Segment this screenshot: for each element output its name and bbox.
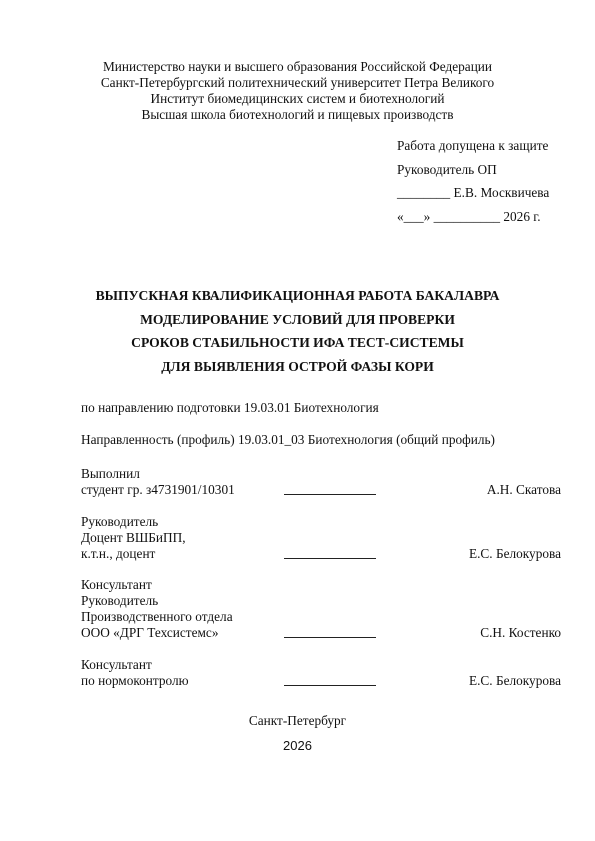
approval-supervisor-signature: ________ Е.В. Москвичева bbox=[397, 181, 549, 205]
approval-block: Работа допущена к защите Руководитель ОП… bbox=[397, 134, 549, 228]
direction-field: по направлению подготовки 19.03.01 Биоте… bbox=[81, 400, 379, 416]
signature-name: С.Н. Костенко bbox=[480, 625, 561, 641]
institute-line: Институт биомедицинских систем и биотехн… bbox=[0, 91, 595, 107]
signature-supervisor: Руководитель Доцент ВШБиПП, к.т.н., доце… bbox=[81, 514, 561, 562]
ministry-line: Министерство науки и высшего образования… bbox=[0, 59, 595, 75]
school-line: Высшая школа биотехнологий и пищевых про… bbox=[0, 107, 595, 123]
approval-admitted: Работа допущена к защите bbox=[397, 134, 549, 158]
signature-student: Выполнил студент гр. з4731901/10301 А.Н.… bbox=[81, 466, 561, 498]
approval-supervisor-title: Руководитель ОП bbox=[397, 158, 549, 182]
thesis-topic-line: МОДЕЛИРОВАНИЕ УСЛОВИЙ ДЛЯ ПРОВЕРКИ bbox=[0, 308, 595, 332]
thesis-title: ВЫПУСКНАЯ КВАЛИФИКАЦИОННАЯ РАБОТА БАКАЛА… bbox=[0, 284, 595, 379]
signature-line bbox=[284, 558, 376, 559]
signature-role: Выполнил студент гр. з4731901/10301 bbox=[81, 466, 235, 498]
approval-date: «___» __________ 2026 г. bbox=[397, 205, 549, 229]
footer-year: 2026 bbox=[0, 738, 595, 753]
signature-role: Руководитель Доцент ВШБиПП, к.т.н., доце… bbox=[81, 514, 186, 562]
thesis-kind: ВЫПУСКНАЯ КВАЛИФИКАЦИОННАЯ РАБОТА БАКАЛА… bbox=[0, 284, 595, 308]
signature-consultant: Консультант Руководитель Производственно… bbox=[81, 577, 561, 641]
signature-name: А.Н. Скатова bbox=[487, 482, 561, 498]
signature-line bbox=[284, 685, 376, 686]
thesis-topic-line: ДЛЯ ВЫЯВЛЕНИЯ ОСТРОЙ ФАЗЫ КОРИ bbox=[0, 355, 595, 379]
signature-role: Консультант Руководитель Производственно… bbox=[81, 577, 233, 641]
signature-line bbox=[284, 637, 376, 638]
signature-name: Е.С. Белокурова bbox=[469, 673, 561, 689]
footer-city: Санкт-Петербург bbox=[0, 713, 595, 729]
university-line: Санкт-Петербургский политехнический унив… bbox=[0, 75, 595, 91]
signature-line bbox=[284, 494, 376, 495]
signature-name: Е.С. Белокурова bbox=[469, 546, 561, 562]
thesis-topic-line: СРОКОВ СТАБИЛЬНОСТИ ИФА ТЕСТ-СИСТЕМЫ bbox=[0, 331, 595, 355]
profile-field: Направленность (профиль) 19.03.01_03 Био… bbox=[81, 432, 495, 448]
signature-normcontrol: Консультант по нормоконтролю Е.С. Белоку… bbox=[81, 657, 561, 689]
institution-header: Министерство науки и высшего образования… bbox=[0, 59, 595, 123]
signature-role: Консультант по нормоконтролю bbox=[81, 657, 189, 689]
